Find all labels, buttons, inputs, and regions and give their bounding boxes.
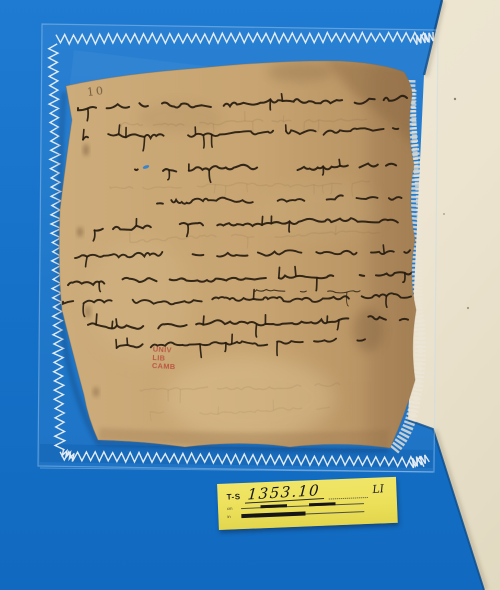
backdrop-speck [454, 98, 456, 100]
dotted-line [329, 487, 368, 500]
shelfmark-label: T-S 1353.10 LI cm in [217, 477, 398, 530]
backdrop-speck [467, 307, 469, 309]
library-stamp: UNIV LIB CAMB [152, 346, 208, 373]
folio-number: 10 [86, 84, 105, 99]
shelfmark-prefix: T-S [226, 492, 240, 504]
shelfmark-annotation: LI [372, 482, 387, 498]
in-unit-label: in [227, 514, 232, 518]
backdrop-speck [443, 213, 445, 215]
cm-unit-label: cm [227, 506, 232, 510]
inch-scale-bar [241, 509, 367, 518]
shelfmark-number: 1353.10 [245, 483, 325, 504]
genizah-photograph: 10 UNIV LIB CAMB T-S 1353.10 LI cm in [0, 0, 500, 590]
